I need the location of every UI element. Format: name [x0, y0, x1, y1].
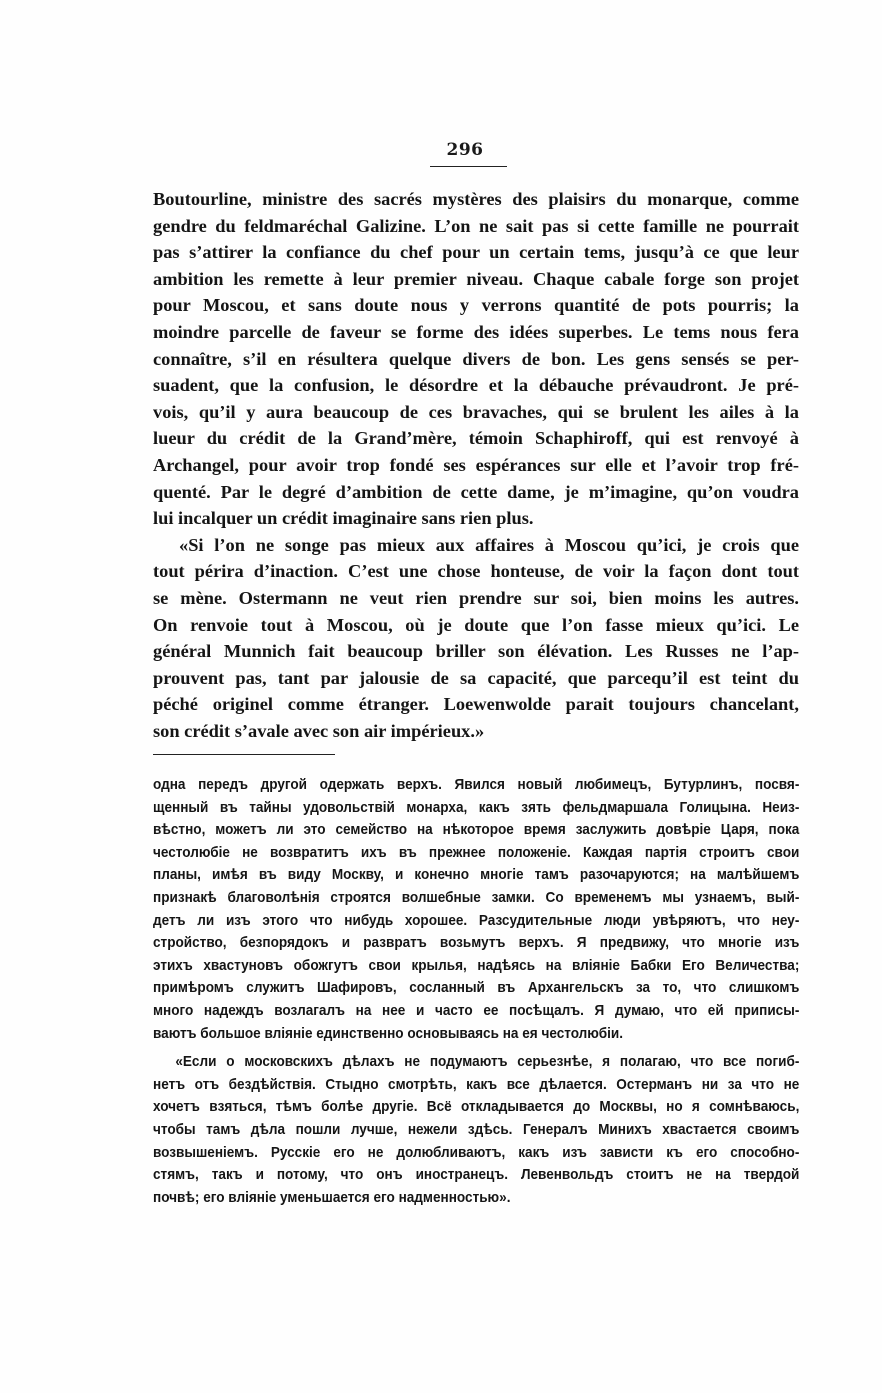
text-line: moindre parcelle de faveur se forme des …: [153, 319, 799, 346]
text-line: Archangel, pour avoir trop fondé ses esp…: [153, 452, 799, 479]
footnote-line: вѣстно, можетъ ли это семейство на нѣкот…: [153, 819, 799, 842]
text-line: ambition les remette à leur premier nive…: [153, 266, 799, 293]
footnote-line: примѣромъ служитъ Шафировъ, сосланный въ…: [153, 977, 799, 1000]
text-line: Boutourline, ministre des sacrés mystère…: [153, 186, 799, 213]
footnote-line: чтобы тамъ дѣла пошли лучше, нежели здѣс…: [153, 1119, 799, 1142]
page-number-rule: [430, 166, 507, 167]
paragraph: Boutourline, ministre des sacrés mystère…: [153, 186, 799, 532]
text-line: pour Moscou, et sans doute nous y verron…: [153, 292, 799, 319]
footnote-line: честолюбіе не возвратитъ ихъ въ прежнее …: [153, 842, 799, 865]
text-line: général Munnich fait beaucoup briller so…: [153, 638, 799, 665]
text-line: lui incalquer un crédit imaginaire sans …: [153, 505, 799, 532]
footnote-line: почвѣ; его вліяніе уменьшается его надме…: [153, 1187, 799, 1210]
text-line: prouvent pas, tant par jalousie de sa ca…: [153, 665, 799, 692]
book-page: 296 Boutourline, ministre des sacrés mys…: [0, 0, 882, 1393]
paragraph-quote: «Si l’on ne songe pas mieux aux affaires…: [153, 532, 799, 745]
footnote-line: щенный въ тайны удовольствій монарха, ка…: [153, 797, 799, 820]
footnote-separator: [153, 754, 335, 755]
footnote-russian-translation: одна передъ другой одержать верхъ. Явилс…: [153, 774, 754, 1209]
text-line: pas s’attirer la confiance du chef pour …: [153, 239, 799, 266]
text-line: son crédit s’avale avec son air impérieu…: [153, 718, 799, 745]
text-line: quenté. Par le degré d’ambition de cette…: [153, 479, 799, 506]
text-line: connaître, s’il en résultera quelque div…: [153, 346, 799, 373]
footnote-line: признакѣ благоволѣнія строятся волшебные…: [153, 887, 799, 910]
footnote-line: возвышеніемъ. Русскіе его не долюбливают…: [153, 1142, 799, 1165]
page-number: 296: [420, 140, 510, 160]
text-line: gendre du feldmaréchal Galizine. L’on ne…: [153, 213, 799, 240]
footnote-line: стямъ, такъ и потому, что онъ иностранец…: [153, 1164, 799, 1187]
footnote-line: «Если о московскихъ дѣлахъ не подумаютъ …: [153, 1051, 799, 1074]
footnote-line: хочетъ взяться, тѣмъ болѣе другіе. Всё о…: [153, 1096, 799, 1119]
footnote-line: стройство, безпорядокъ и развратъ возьму…: [153, 932, 799, 955]
footnote-paragraph-quote: «Если о московскихъ дѣлахъ не подумаютъ …: [153, 1051, 754, 1209]
footnote-line: ваютъ большое вліяніе единственно основы…: [153, 1023, 799, 1046]
text-line: péché originel comme étranger. Loewenwol…: [153, 691, 799, 718]
text-line: se mène. Ostermann ne veut rien prendre …: [153, 585, 799, 612]
text-line: On renvoie tout à Moscou, où je doute qu…: [153, 612, 799, 639]
footnote-line: этихъ хвастуновъ обожгутъ свои крылья, н…: [153, 955, 799, 978]
footnote-line: одна передъ другой одержать верхъ. Явилс…: [153, 774, 799, 797]
footnote-line: планы, имѣя въ виду Москву, и конечно мн…: [153, 864, 799, 887]
footnote-line: нетъ отъ бездѣйствія. Стыдно смотрѣть, к…: [153, 1074, 799, 1097]
main-text-french: Boutourline, ministre des sacrés mystère…: [153, 186, 799, 744]
text-line: vois, qu’il y aura beaucoup de ces brava…: [153, 399, 799, 426]
text-line: «Si l’on ne songe pas mieux aux affaires…: [153, 532, 799, 559]
footnote-line: много надеждъ возлагалъ на нее и часто е…: [153, 1000, 799, 1023]
text-line: lueur du crédit de la Grand’mère, témoin…: [153, 425, 799, 452]
footnote-line: детъ ли изъ этого что нибудь хорошее. Ра…: [153, 910, 799, 933]
footnote-paragraph: одна передъ другой одержать верхъ. Явилс…: [153, 774, 754, 1045]
text-line: tout périra d’inaction. C’est une chose …: [153, 558, 799, 585]
text-line: suadent, que la confusion, le désordre e…: [153, 372, 799, 399]
